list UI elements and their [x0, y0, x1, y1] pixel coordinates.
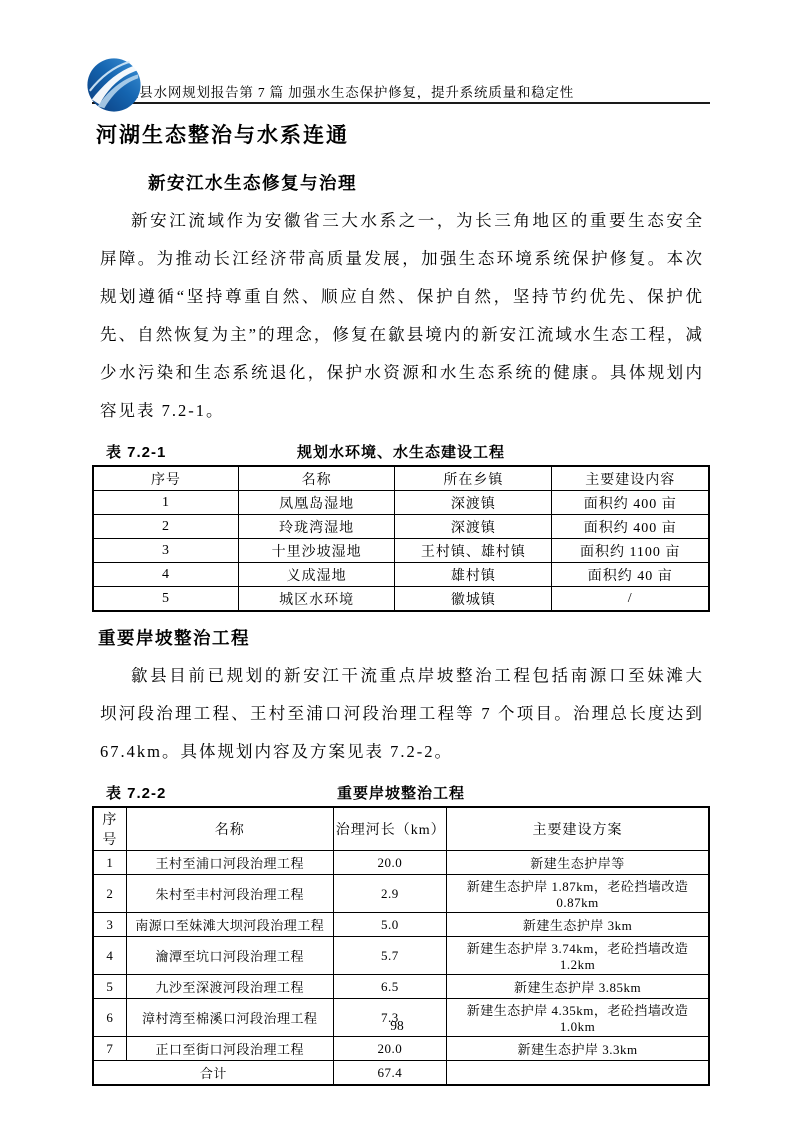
table-cell: 5 [93, 975, 126, 999]
total-length-cell: 67.4 [333, 1061, 446, 1086]
section-heading-shuishengtai: 新安江水生态修复与治理 [148, 170, 710, 195]
table-row: 1凤凰岛湿地深渡镇面积约 400 亩 [93, 491, 709, 515]
table-cell: 新建生态护岸等 [447, 851, 709, 875]
table2-caption-row: 表 7.2-2 重要岸坡整治工程 [92, 780, 710, 804]
table-cell: 面积约 40 亩 [552, 563, 709, 587]
table-header-cell: 名称 [238, 466, 394, 491]
table-row: 2玲珑湾湿地深渡镇面积约 400 亩 [93, 515, 709, 539]
table-header-cell: 序号 [93, 466, 238, 491]
table-cell: 4 [93, 563, 238, 587]
table-row: 5城区水环境徽城镇/ [93, 587, 709, 612]
table-header-cell: 主要建设方案 [447, 807, 709, 851]
table-cell: 5 [93, 587, 238, 612]
table-cell: 4 [93, 937, 126, 975]
table-cell: 新建生态护岸 1.87km，老砼挡墙改造 0.87km [447, 875, 709, 913]
table2-title: 重要岸坡整治工程 [92, 782, 710, 803]
document-page: 歙县水网规划报告第 7 篇 加强水生态保护修复，提升系统质量和稳定性 河湖生态整… [0, 0, 794, 1122]
table-cell: 新建生态护岸 3km [447, 913, 709, 937]
table-cell: 深渡镇 [395, 515, 552, 539]
table-cell: 2 [93, 875, 126, 913]
table1-label: 表 7.2-1 [106, 441, 166, 462]
table-cell: 凤凰岛湿地 [238, 491, 394, 515]
table-cell: 义成湿地 [238, 563, 394, 587]
table-cell: 5.7 [333, 937, 446, 975]
table-cell: 雄村镇 [395, 563, 552, 587]
table-cell: 城区水环境 [238, 587, 394, 612]
table1-caption-row: 表 7.2-1 规划水环境、水生态建设工程 [92, 439, 710, 463]
table-cell: 深渡镇 [395, 491, 552, 515]
table-row: 1王村至浦口河段治理工程20.0新建生态护岸等 [93, 851, 709, 875]
page-number: 98 [0, 1018, 794, 1034]
table-header-cell: 序号 [93, 807, 126, 851]
report-logo-icon [85, 56, 143, 114]
table2-label: 表 7.2-2 [106, 782, 166, 803]
table-cell: 面积约 400 亩 [552, 491, 709, 515]
table-cell: 2.9 [333, 875, 446, 913]
paragraph-shuishengtai: 新安江流域作为安徽省三大水系之一，为长三角地区的重要生态安全屏障。为推动长江经济… [100, 202, 704, 430]
table-cell: 王村至浦口河段治理工程 [126, 851, 333, 875]
table-cell: 新建生态护岸 3.85km [447, 975, 709, 999]
section-heading-anpo: 重要岸坡整治工程 [98, 625, 710, 650]
chapter-title: 河湖生态整治与水系连通 [96, 119, 710, 149]
table-header-cell: 名称 [126, 807, 333, 851]
table-cell: 1 [93, 491, 238, 515]
total-plan-cell [447, 1061, 709, 1086]
paragraph-anpo: 歙县目前已规划的新安江干流重点岸坡整治工程包括南源口至妹滩大坝河段治理工程、王村… [100, 657, 704, 771]
page-header: 歙县水网规划报告第 7 篇 加强水生态保护修复，提升系统质量和稳定性 [92, 58, 710, 104]
table-cell: 6.5 [333, 975, 446, 999]
table-row: 7正口至街口河段治理工程20.0新建生态护岸 3.3km [93, 1037, 709, 1061]
table-row: 2朱村至丰村河段治理工程2.9新建生态护岸 1.87km，老砼挡墙改造 0.87… [93, 875, 709, 913]
table-header-cell: 所在乡镇 [395, 466, 552, 491]
table-cell: 玲珑湾湿地 [238, 515, 394, 539]
table-row: 3南源口至妹滩大坝河段治理工程5.0新建生态护岸 3km [93, 913, 709, 937]
table-total-row: 合计 67.4 [93, 1061, 709, 1086]
table-cell: / [552, 587, 709, 612]
table-cell: 九沙至深渡河段治理工程 [126, 975, 333, 999]
table-cell: 徽城镇 [395, 587, 552, 612]
table-cell: 3 [93, 539, 238, 563]
table-cell: 朱村至丰村河段治理工程 [126, 875, 333, 913]
table-cell: 面积约 1100 亩 [552, 539, 709, 563]
table-cell: 20.0 [333, 1037, 446, 1061]
table-cell: 5.0 [333, 913, 446, 937]
table-cell: 瀹潭至坑口河段治理工程 [126, 937, 333, 975]
header-running-title: 歙县水网规划报告第 7 篇 加强水生态保护修复，提升系统质量和稳定性 [125, 81, 574, 101]
table1-title: 规划水环境、水生态建设工程 [92, 441, 710, 462]
table-cell: 面积约 400 亩 [552, 515, 709, 539]
table-cell: 新建生态护岸 3.74km，老砼挡墙改造 1.2km [447, 937, 709, 975]
table-header-cell: 治理河长（km） [333, 807, 446, 851]
table-row: 4义成湿地雄村镇面积约 40 亩 [93, 563, 709, 587]
table-cell: 十里沙坡湿地 [238, 539, 394, 563]
table-cell: 南源口至妹滩大坝河段治理工程 [126, 913, 333, 937]
table-bank-regulation-projects: 序号名称治理河长（km）主要建设方案 1王村至浦口河段治理工程20.0新建生态护… [92, 806, 710, 1086]
table-cell: 7 [93, 1037, 126, 1061]
total-label-cell: 合计 [93, 1061, 333, 1086]
table-cell: 正口至街口河段治理工程 [126, 1037, 333, 1061]
table-header-row: 序号名称治理河长（km）主要建设方案 [93, 807, 709, 851]
table-cell: 20.0 [333, 851, 446, 875]
table-header-row: 序号名称所在乡镇主要建设内容 [93, 466, 709, 491]
table-water-eco-projects: 序号名称所在乡镇主要建设内容 1凤凰岛湿地深渡镇面积约 400 亩2玲珑湾湿地深… [92, 465, 710, 612]
table-cell: 2 [93, 515, 238, 539]
table-cell: 1 [93, 851, 126, 875]
table-row: 3十里沙坡湿地王村镇、雄村镇面积约 1100 亩 [93, 539, 709, 563]
table-row: 5九沙至深渡河段治理工程6.5新建生态护岸 3.85km [93, 975, 709, 999]
table-cell: 王村镇、雄村镇 [395, 539, 552, 563]
table-cell: 3 [93, 913, 126, 937]
table-header-cell: 主要建设内容 [552, 466, 709, 491]
table-row: 4瀹潭至坑口河段治理工程5.7新建生态护岸 3.74km，老砼挡墙改造 1.2k… [93, 937, 709, 975]
table-cell: 新建生态护岸 3.3km [447, 1037, 709, 1061]
